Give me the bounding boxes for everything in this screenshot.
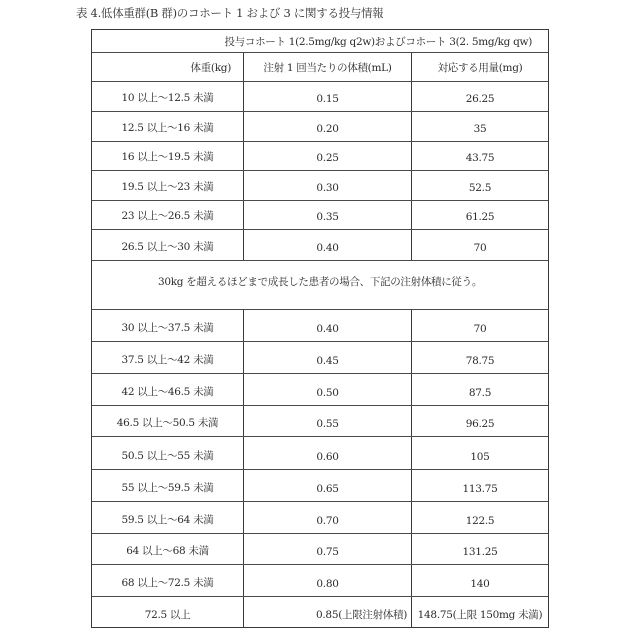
column-header-dose: 対応する用量(mg): [412, 53, 548, 81]
dosing-table: 投与コホート 1(2.5mg/kg q2w)およびコホート 3(2. 5mg/k…: [91, 29, 549, 628]
dose-cell: 87.5: [412, 374, 548, 405]
table-row: 30 以上～37.5 未満 0.40 70: [92, 310, 548, 342]
weight-cell: 26.5 以上～30 未満: [92, 230, 244, 260]
weight-cell: 12.5 以上～16 未満: [92, 112, 244, 141]
note-text: 30kg を超えるほどまで成長した患者の場合、下記の注射体積に従う。: [92, 261, 548, 309]
table-row: 55 以上～59.5 未満 0.65 113.75: [92, 470, 548, 502]
weight-cell: 59.5 以上～64 未満: [92, 502, 244, 533]
dose-cell: 131.25: [412, 534, 548, 564]
volume-cell: 0.50: [244, 374, 412, 405]
table-row: 42 以上～46.5 未満 0.50 87.5: [92, 374, 548, 406]
dose-cell: 35: [412, 112, 548, 141]
weight-cell: 10 以上～12.5 未満: [92, 82, 244, 111]
volume-cell: 0.35: [244, 201, 412, 229]
volume-cell: 0.15: [244, 82, 412, 111]
weight-cell: 50.5 以上～55 未満: [92, 437, 244, 469]
weight-cell: 16 以上～19.5 未満: [92, 142, 244, 170]
dose-cell: 148.75(上限 150mg 未満): [412, 597, 548, 628]
weight-cell: 37.5 以上～42 未満: [92, 342, 244, 373]
dose-cell: 52.5: [412, 171, 548, 200]
volume-cell: 0.30: [244, 171, 412, 200]
dose-cell: 26.25: [412, 82, 548, 111]
table-row: 72.5 以上 0.85(上限注射体積) 148.75(上限 150mg 未満): [92, 597, 548, 628]
dose-cell: 140: [412, 565, 548, 596]
column-header-weight: 体重(kg): [92, 53, 244, 81]
weight-cell: 72.5 以上: [92, 597, 244, 628]
table-row: 10 以上～12.5 未満 0.15 26.25: [92, 82, 548, 112]
dose-cell: 61.25: [412, 201, 548, 229]
volume-cell: 0.65: [244, 470, 412, 501]
dose-cell: 122.5: [412, 502, 548, 533]
weight-cell: 30 以上～37.5 未満: [92, 310, 244, 341]
volume-cell: 0.40: [244, 230, 412, 260]
table-row: 37.5 以上～42 未満 0.45 78.75: [92, 342, 548, 374]
weight-cell: 19.5 以上～23 未満: [92, 171, 244, 200]
volume-cell: 0.70: [244, 502, 412, 533]
dose-cell: 70: [412, 230, 548, 260]
weight-cell: 42 以上～46.5 未満: [92, 374, 244, 405]
table-row: 46.5 以上～50.5 未満 0.55 96.25: [92, 406, 548, 437]
volume-cell: 0.80: [244, 565, 412, 596]
volume-cell: 0.40: [244, 310, 412, 341]
volume-cell: 0.25: [244, 142, 412, 170]
dose-cell: 105: [412, 437, 548, 469]
volume-cell: 0.55: [244, 406, 412, 436]
table-row: 23 以上～26.5 未満 0.35 61.25: [92, 201, 548, 230]
cohort-header: 投与コホート 1(2.5mg/kg q2w)およびコホート 3(2. 5mg/k…: [92, 30, 548, 52]
note-row: 30kg を超えるほどまで成長した患者の場合、下記の注射体積に従う。: [92, 261, 548, 310]
dose-cell: 78.75: [412, 342, 548, 373]
table-row: 19.5 以上～23 未満 0.30 52.5: [92, 171, 548, 201]
volume-cell: 0.85(上限注射体積): [244, 597, 412, 628]
table-row: 12.5 以上～16 未満 0.20 35: [92, 112, 548, 142]
volume-cell: 0.75: [244, 534, 412, 564]
volume-cell: 0.45: [244, 342, 412, 373]
dose-cell: 43.75: [412, 142, 548, 170]
dose-cell: 113.75: [412, 470, 548, 501]
table-caption: 表 4.低体重群(B 群)のコホート 1 および 3 に関する投与情報: [76, 5, 383, 21]
weight-cell: 64 以上～68 未満: [92, 534, 244, 564]
table-row: 26.5 以上～30 未満 0.40 70: [92, 230, 548, 261]
volume-cell: 0.60: [244, 437, 412, 469]
dose-cell: 70: [412, 310, 548, 341]
weight-cell: 55 以上～59.5 未満: [92, 470, 244, 501]
dose-cell: 96.25: [412, 406, 548, 436]
weight-cell: 46.5 以上～50.5 未満: [92, 406, 244, 436]
cohort-header-row: 投与コホート 1(2.5mg/kg q2w)およびコホート 3(2. 5mg/k…: [92, 30, 548, 53]
table-row: 68 以上～72.5 未満 0.80 140: [92, 565, 548, 597]
column-header-volume: 注射 1 回当たりの体積(mL): [244, 53, 412, 81]
table-row: 16 以上～19.5 未満 0.25 43.75: [92, 142, 548, 171]
column-header-row: 体重(kg) 注射 1 回当たりの体積(mL) 対応する用量(mg): [92, 53, 548, 82]
table-row: 50.5 以上～55 未満 0.60 105: [92, 437, 548, 470]
table-row: 64 以上～68 未満 0.75 131.25: [92, 534, 548, 565]
weight-cell: 68 以上～72.5 未満: [92, 565, 244, 596]
weight-cell: 23 以上～26.5 未満: [92, 201, 244, 229]
table-row: 59.5 以上～64 未満 0.70 122.5: [92, 502, 548, 534]
volume-cell: 0.20: [244, 112, 412, 141]
